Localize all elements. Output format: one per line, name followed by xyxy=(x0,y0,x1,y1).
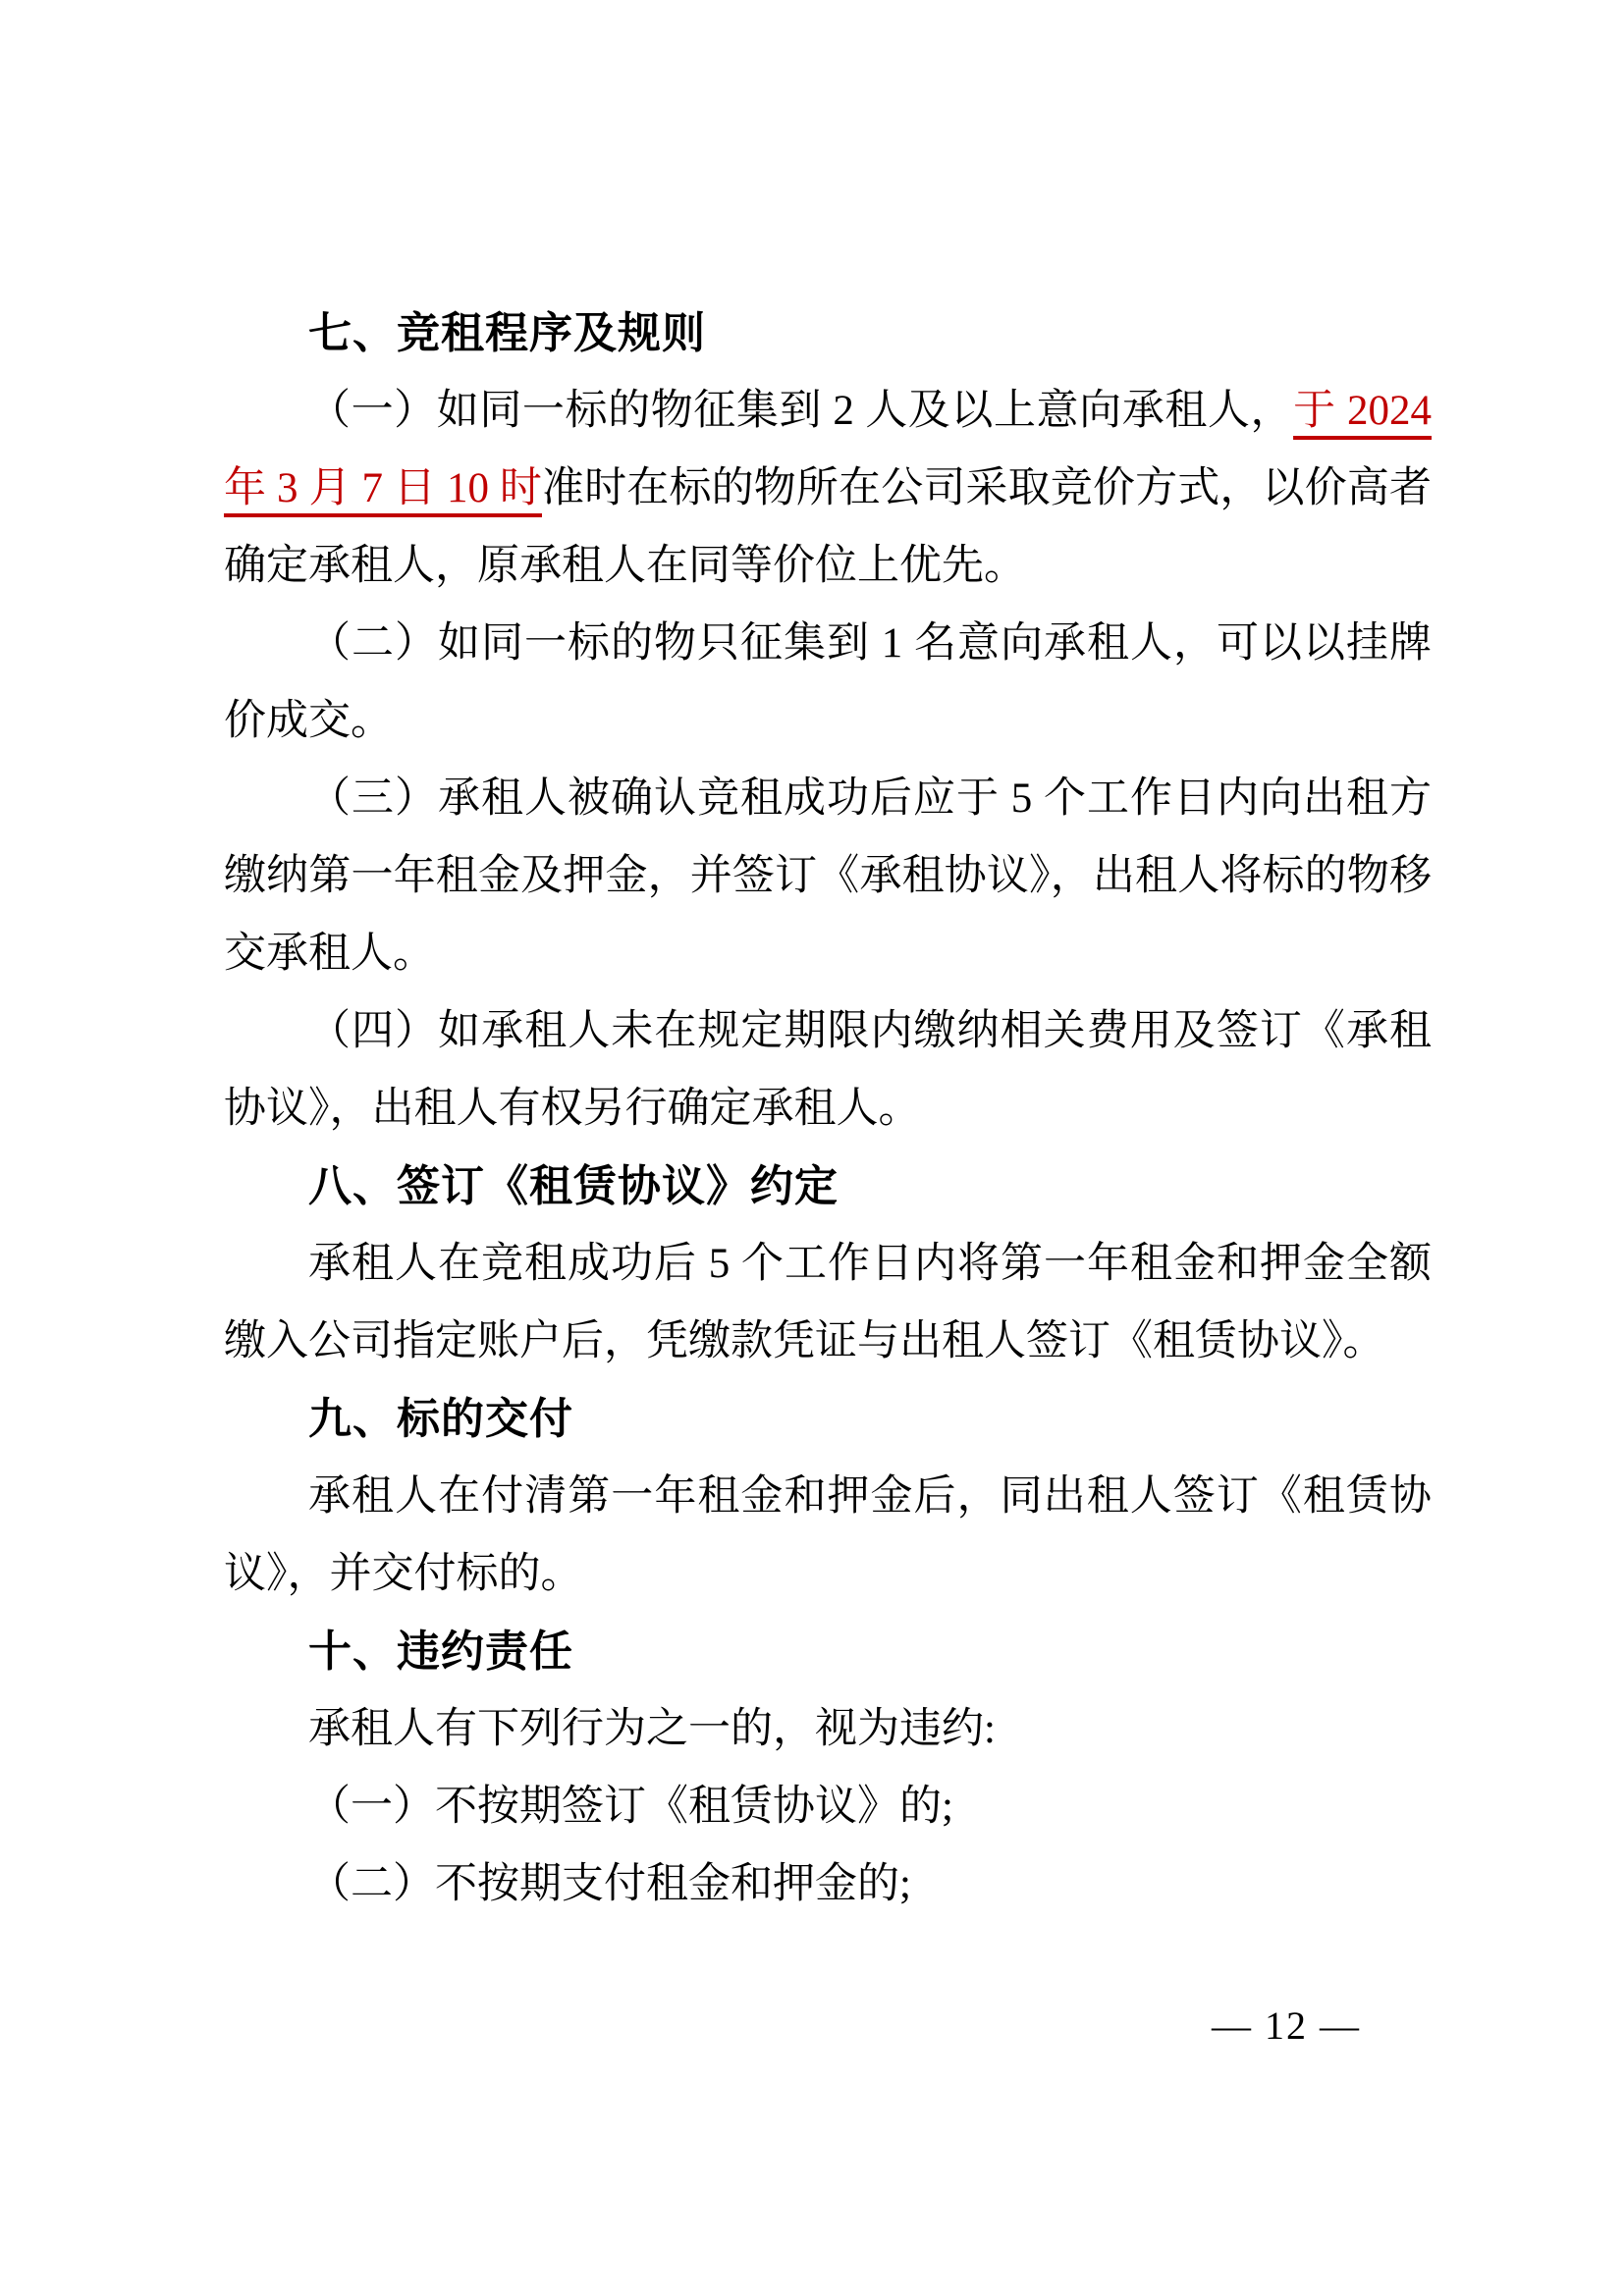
paragraph-10-item-2: （二）不按期支付租金和押金的; xyxy=(224,1845,1432,1923)
paragraph-8-body: 承租人在竞租成功后 5 个工作日内将第一年租金和押金全额缴入公司指定账户后，凭缴… xyxy=(224,1225,1432,1380)
section-heading-7: 七、竞租程序及规则 xyxy=(224,294,1432,372)
paragraph-7-item-3: （三）承租人被确认竞租成功后应于 5 个工作日内向出租方缴纳第一年租金及押金，并… xyxy=(224,760,1432,992)
section-heading-8: 八、签订《租赁协议》约定 xyxy=(224,1148,1432,1225)
section-heading-10: 十、违约责任 xyxy=(224,1613,1432,1690)
section-heading-9: 九、标的交付 xyxy=(224,1380,1432,1458)
paragraph-10-intro: 承租人有下列行为之一的，视为违约: xyxy=(224,1690,1432,1768)
paragraph-10-item-1: （一）不按期签订《租赁协议》的; xyxy=(224,1768,1432,1845)
paragraph-7-item-2: （二）如同一标的物只征集到 1 名意向承租人，可以以挂牌价成交。 xyxy=(224,605,1432,760)
paragraph-7-item-1: （一）如同一标的物征集到 2 人及以上意向承租人，于 2024 年 3 月 7 … xyxy=(224,372,1432,605)
document-body: 七、竞租程序及规则 （一）如同一标的物征集到 2 人及以上意向承租人，于 202… xyxy=(224,294,1432,1923)
page-number: — 12 — xyxy=(1212,2001,1428,2052)
paragraph-7-item-4: （四）如承租人未在规定期限内缴纳相关费用及签订《承租协议》，出租人有权另行确定承… xyxy=(224,992,1432,1148)
paragraph-7-item-1-lead: （一）如同一标的物征集到 2 人及以上意向承租人， xyxy=(308,388,1293,434)
paragraph-9-body: 承租人在付清第一年租金和押金后，同出租人签订《租赁协议》，并交付标的。 xyxy=(224,1458,1432,1613)
document-page: 七、竞租程序及规则 （一）如同一标的物征集到 2 人及以上意向承租人，于 202… xyxy=(0,0,1624,2296)
